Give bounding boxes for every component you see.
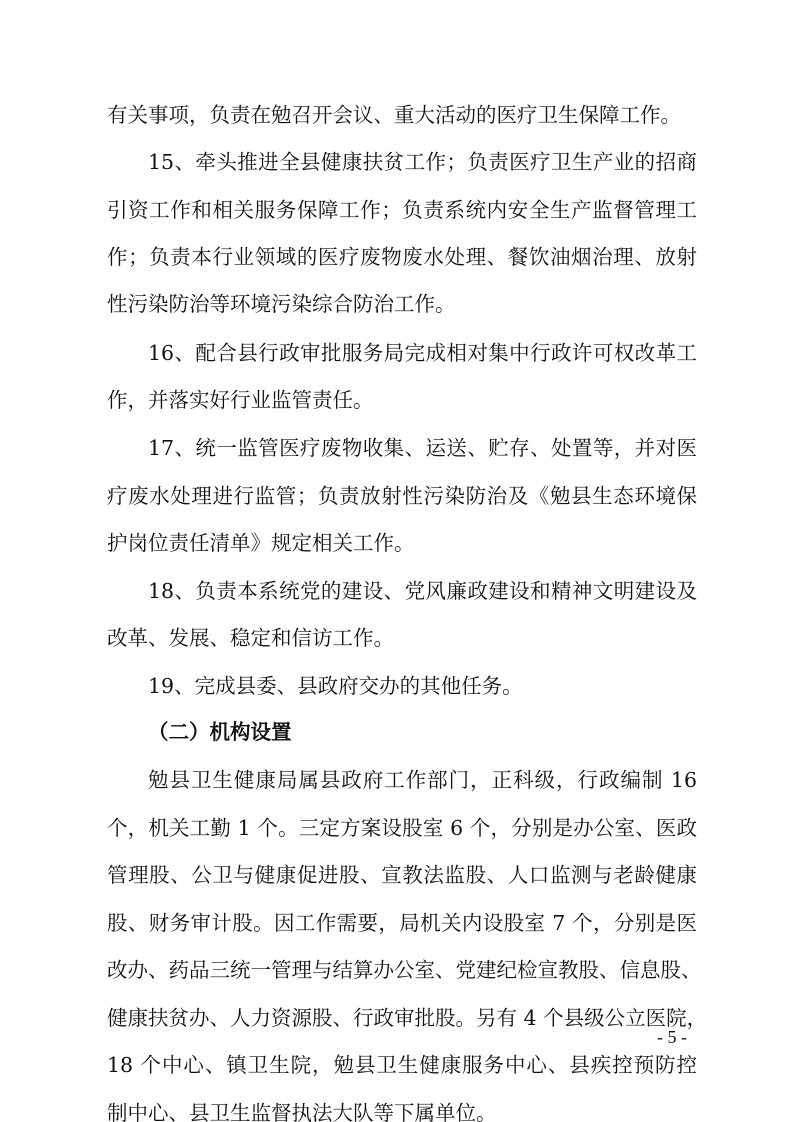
org-paragraph-line-4: 股、财务审计股。因工作需要，局机关内设股室 7 个，分别是医: [107, 908, 697, 938]
duty-14-line-2: 有关事项，负责在勉召开会议、重大活动的医疗卫生保障工作。: [107, 100, 697, 130]
section-heading: （二）机构设置: [148, 717, 697, 747]
duty-18-line-1: 18、负责本系统党的建设、党风廉政建设和精神文明建设及: [148, 576, 697, 606]
duty-17-line-1: 17、统一监管医疗废物收集、运送、贮存、处置等，并对医: [148, 433, 697, 463]
duty-18-line-2: 改革、发展、稳定和信访工作。: [107, 623, 697, 653]
duty-16-line-1: 16、配合县行政审批服务局完成相对集中行政许可权改革工: [148, 338, 697, 368]
duty-15-line-3: 作；负责本行业领域的医疗废物废水处理、餐饮油烟治理、放射: [107, 242, 697, 272]
org-paragraph-line-5: 改办、药品三统一管理与结算办公室、党建纪检宣教股、信息股、: [107, 955, 697, 985]
org-paragraph-line-3: 管理股、公卫与健康促进股、宣教法监股、人口监测与老龄健康: [107, 860, 697, 890]
org-paragraph-line-1: 勉县卫生健康局属县政府工作部门，正科级，行政编制 16: [148, 765, 697, 795]
duty-19-line-1: 19、完成县委、县政府交办的其他任务。: [148, 671, 697, 701]
duty-15-line-1: 15、牵头推进全县健康扶贫工作；负责医疗卫生产业的招商: [148, 147, 697, 177]
page-number: - 5 -: [657, 1027, 687, 1048]
duty-15-line-4: 性污染防治等环境污染综合防治工作。: [107, 289, 697, 319]
duty-17-line-3: 护岗位责任清单》规定相关工作。: [107, 528, 697, 558]
duty-17-line-2: 疗废水处理进行监管；负责放射性污染防治及《勉县生态环境保: [107, 481, 697, 511]
duty-15-line-2: 引资工作和相关服务保障工作；负责系统内安全生产监督管理工: [107, 195, 697, 225]
duty-16-line-2: 作，并落实好行业监管责任。: [107, 385, 697, 415]
org-paragraph-line-2: 个，机关工勤 1 个。三定方案设股室 6 个，分别是办公室、医政: [107, 813, 697, 843]
org-paragraph-line-7: 18 个中心、镇卫生院，勉县卫生健康服务中心、县疾控预防控: [107, 1050, 697, 1080]
org-paragraph-line-8: 制中心、县卫生监督执法大队等下属单位。: [107, 1098, 697, 1122]
org-paragraph-line-6: 健康扶贫办、人力资源股、行政审批股。另有 4 个县级公立医院，: [107, 1003, 697, 1033]
